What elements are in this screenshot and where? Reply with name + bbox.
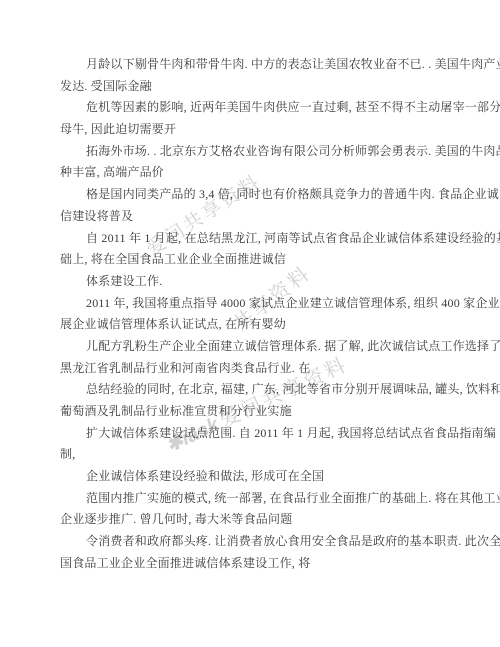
text-line: 危机等因素的影响, 近两年美国牛肉供应一直过剩, 甚至不得不主动屠宰一部分 xyxy=(60,97,448,119)
text-line: 儿配方乳粉生产企业全面建立诚信管理体系. 据了解, 此次诚信试点工作选择了 xyxy=(60,336,448,358)
document-page: 爱问共享资料共享资料✱iask爱问共享资料 月龄以下剔骨牛肉和带骨牛肉. 中方的… xyxy=(0,0,500,647)
text-line: 月龄以下剔骨牛肉和带骨牛肉. 中方的表态让美国农牧业奋不已. . 美国牛肉产业 xyxy=(60,54,448,76)
text-line: 2011 年, 我国将重点指导 4000 家试点企业建立诚信管理体系, 组织 4… xyxy=(60,293,448,315)
text-line: 母牛, 因此迫切需要开 xyxy=(60,119,448,141)
text-line: 自 2011 年 1 月起, 在总结黑龙江, 河南等试点省食品企业诚信体系建设经… xyxy=(60,228,448,250)
text-line: 范围内推广实施的模式, 统一部署, 在食品行业全面推广的基础上. 将在其他工业 xyxy=(60,488,448,510)
text-line: 总结经验的同时, 在北京, 福建, 广东, 河北等省市分别开展调味品, 罐头, … xyxy=(60,379,448,401)
text-line: 格是国内同类产品的 3,4 倍, 同时也有价格颇具竞争力的普通牛肉. 食品企业诚 xyxy=(60,184,448,206)
text-line: 企业逐步推广. 曾几何时, 毒大米等食品问题 xyxy=(60,509,448,531)
text-line: 展企业诚信管理体系认证试点, 在所有婴幼 xyxy=(60,314,448,336)
text-line: 扩大诚信体系建设试点范围. 自 2011 年 1 月起, 我国将总结试点省食品指… xyxy=(60,423,448,445)
text-line: 黑龙江省乳制品行业和河南省肉类食品行业. 在 xyxy=(60,358,448,380)
text-line: 制, xyxy=(60,444,448,466)
text-line: 础上, 将在全国食品工业企业全面推进诚信 xyxy=(60,249,448,271)
text-line: 国食品工业企业全面推进诚信体系建设工作, 将 xyxy=(60,553,448,575)
text-line: 令消费者和政府都头疼. 让消费者放心食用安全食品是政府的基本职责. 此次全 xyxy=(60,531,448,553)
text-line: 拓海外市场. . 北京东方艾格农业咨询有限公司分析师郭会勇表示. 美国的牛肉品 xyxy=(60,141,448,163)
document-text: 月龄以下剔骨牛肉和带骨牛肉. 中方的表态让美国农牧业奋不已. . 美国牛肉产业发… xyxy=(0,0,500,575)
text-line: 种丰富, 高端产品价 xyxy=(60,162,448,184)
text-line: 发达. 受国际金融 xyxy=(60,76,448,98)
text-line: 信建设将普及 xyxy=(60,206,448,228)
text-line: 体系建设工作. xyxy=(60,271,448,293)
text-line: 企业诚信体系建设经验和做法, 形成可在全国 xyxy=(60,466,448,488)
text-line: 葡萄酒及乳制品行业标准宣贯和分行业实施 xyxy=(60,401,448,423)
